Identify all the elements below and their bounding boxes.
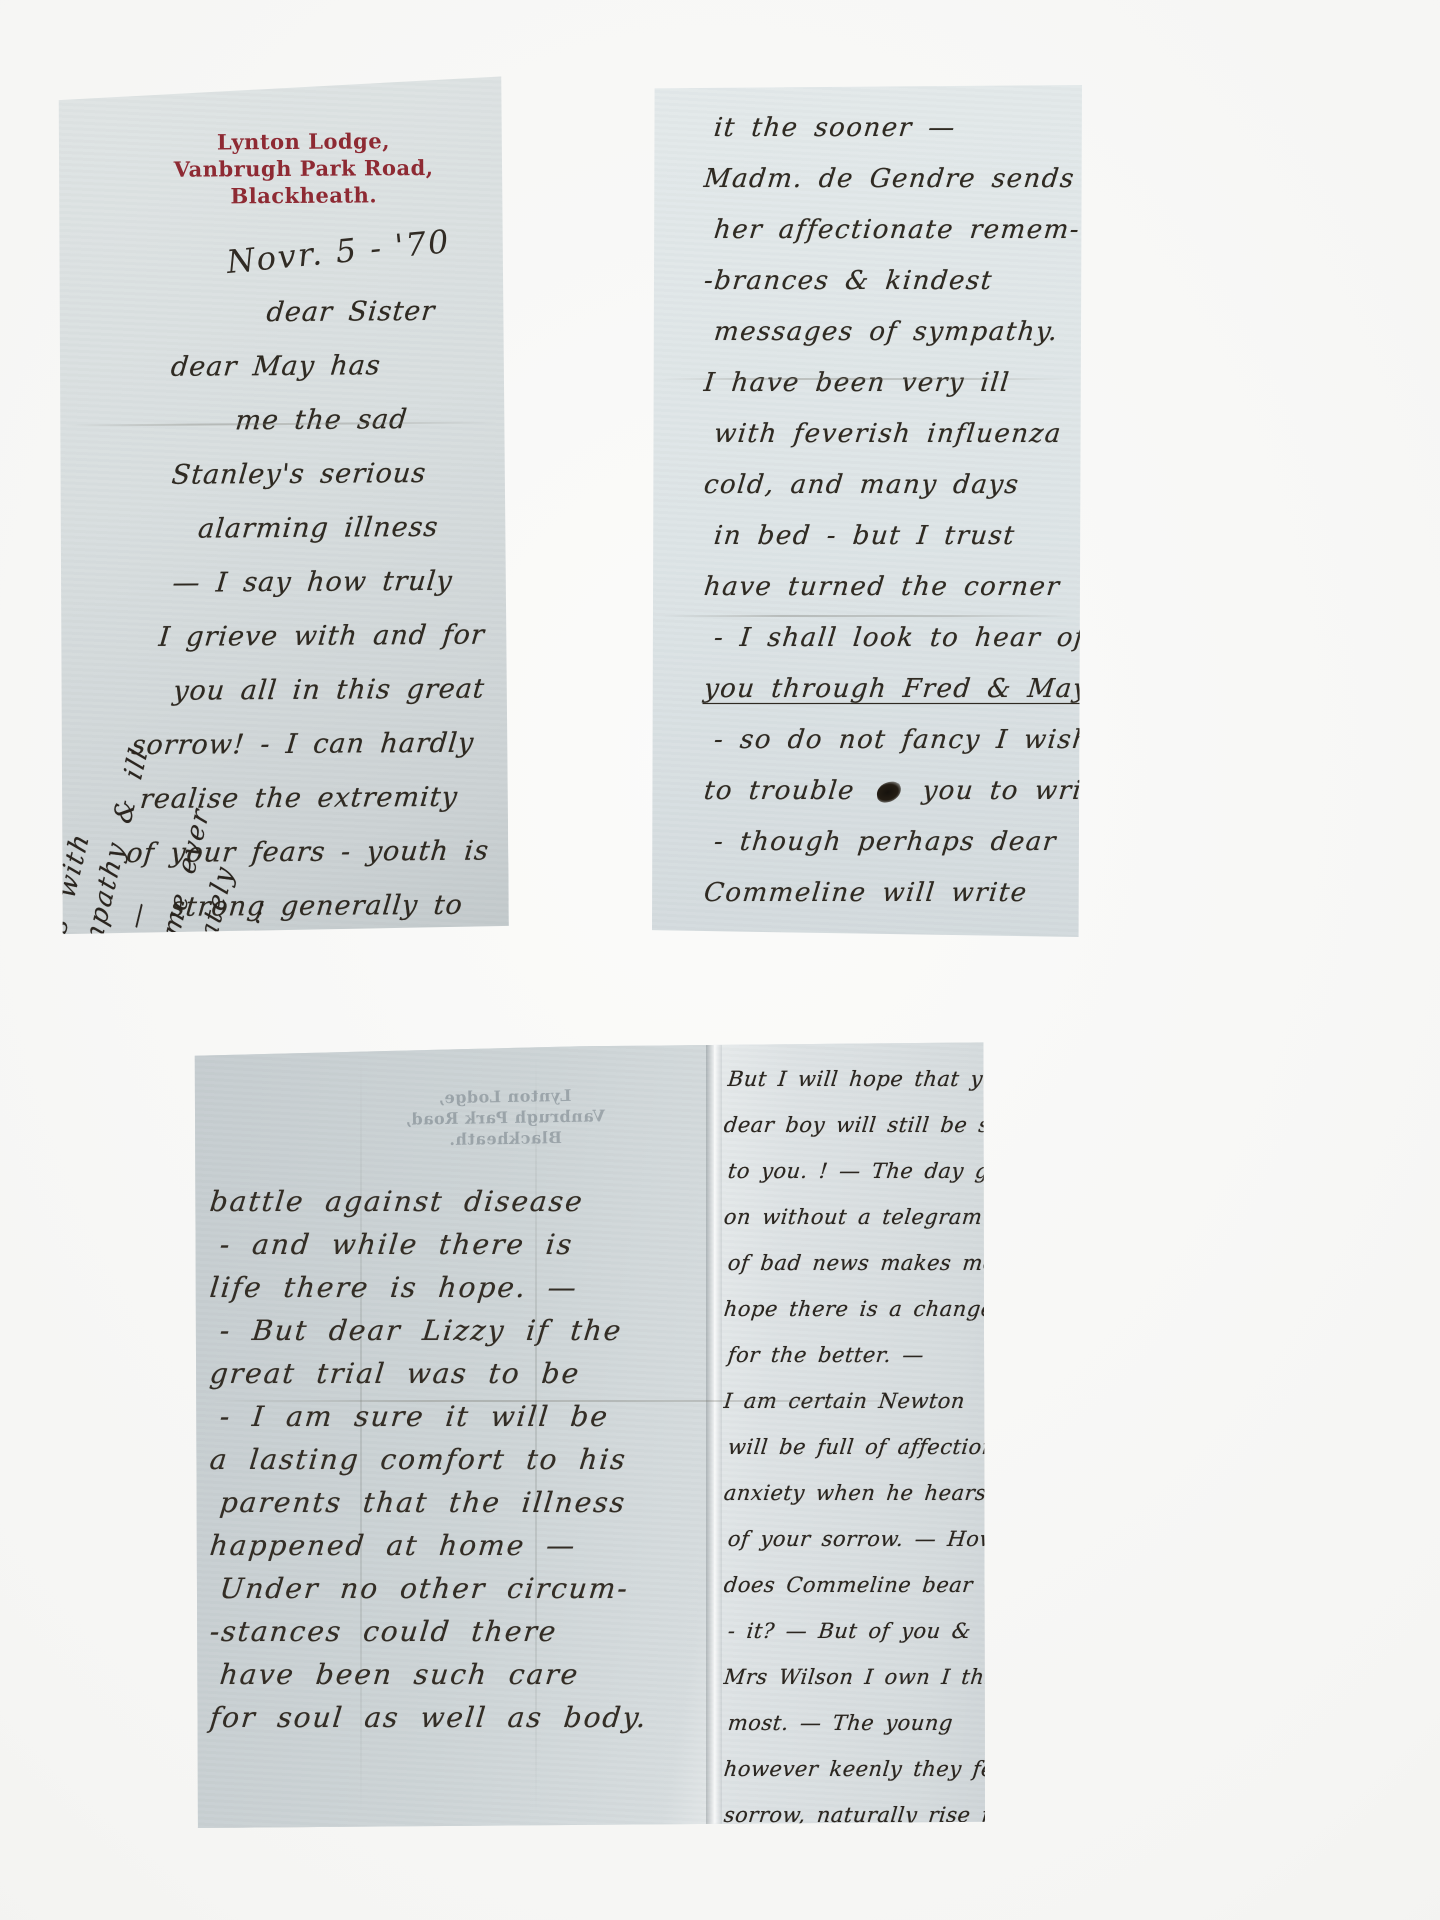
handwriting-line: however keenly they feel [722, 1746, 985, 1792]
handwriting-line: does Commeline bear [722, 1562, 985, 1608]
handwriting-line: - But dear Lizzy if the [218, 1309, 650, 1352]
fold-crease [652, 615, 1082, 617]
handwriting-line: parents that the illness [218, 1481, 650, 1524]
handwriting-line: happened at home — [208, 1524, 650, 1567]
handwriting-line: - I shall look to hear of [711, 613, 1082, 664]
handwriting-line: of your sorrow. — How [726, 1516, 985, 1562]
handwriting-line: - so do not fancy I wish [711, 715, 1082, 766]
handwriting-line: have been such care [218, 1653, 650, 1696]
handwriting-line: dear boy will still be spared [722, 1102, 985, 1148]
handwriting-line: - it? — But of you & [726, 1608, 985, 1654]
last-line-underlined-word: naturally [816, 1803, 919, 1827]
handwriting-line: it the sooner — [711, 103, 1082, 154]
handwriting-line: for soul as well as body. [208, 1696, 650, 1739]
handwriting-line: -stances could there [208, 1610, 650, 1653]
handwriting-line: to you. ! — The day going [726, 1148, 985, 1194]
handwriting-line: Under no other circum- [218, 1567, 650, 1610]
handwriting-line: -brances & kindest [701, 256, 1082, 307]
page2-handwriting: it the sooner —Madm. de Gendre sendsher … [704, 103, 1082, 919]
handwriting-line: messages of sympathy. [711, 307, 1082, 358]
page4-handwriting: But I will hope that yourdear boy will s… [724, 1056, 985, 1828]
handwriting-last-line: sorrow, naturally rise from [722, 1792, 985, 1828]
center-fold [706, 1040, 722, 1828]
handwriting-line: her affectionate remem- [711, 205, 1082, 256]
handwriting-line: most. — The young [726, 1700, 985, 1746]
handwriting-line: in bed - but I trust [711, 511, 1082, 562]
blot-line-before: to trouble [702, 776, 856, 806]
handwriting-line: Commeline will write [701, 868, 1082, 919]
page2-lines-top: it the sooner —Madm. de Gendre sendsher … [704, 103, 1082, 766]
handwriting-line: of bad news makes me [726, 1240, 985, 1286]
letter-open-spread-photo: Lynton Lodge, Vanbrugh Park Road, Blackh… [190, 1040, 985, 1828]
last-line-post: rise from [927, 1803, 985, 1827]
fold-crease [652, 378, 1082, 380]
ghost-letterhead-line-3: Blackheath. [340, 1125, 670, 1152]
handwriting-line: I have been very ill [701, 358, 1082, 409]
ink-blot [876, 780, 902, 805]
handwriting-line: Mrs Wilson I own I think [722, 1654, 985, 1700]
photo-board: { "letterhead": { "lines": ["Lynton Lodg… [0, 0, 1440, 1920]
handwriting-line: you through Fred & May [701, 664, 1082, 715]
fold-crease [190, 1400, 985, 1402]
page3-handwriting: battle against disease- and while there … [210, 1180, 648, 1739]
handwriting-line: Madm. de Gendre sends [701, 154, 1082, 205]
handwriting-line: will be full of affectionate [726, 1424, 985, 1470]
handwriting-line: on without a telegram [722, 1194, 985, 1240]
handwriting-line: life there is hope. — [208, 1266, 650, 1309]
handwriting-line: cold, and many days [701, 460, 1082, 511]
blot-line-after: you to write [921, 776, 1082, 806]
page4-lines: But I will hope that yourdear boy will s… [724, 1056, 985, 1792]
handwriting-line: a lasting comfort to his [208, 1438, 650, 1481]
show-through-letterhead: Lynton Lodge, Vanbrugh Park Road, Blackh… [339, 1083, 670, 1152]
handwriting-line: hope there is a change [722, 1286, 985, 1332]
page2-lines-bottom: - though perhaps dearCommeline will writ… [704, 817, 1082, 919]
handwriting-line: with feverish influenza [711, 409, 1082, 460]
handwriting-line: - and while there is [218, 1223, 650, 1266]
letter-page-2-photo: it the sooner —Madm. de Gendre sendsher … [652, 85, 1082, 937]
handwriting-line: But I will hope that your [726, 1056, 985, 1102]
handwriting-line: - though perhaps dear [711, 817, 1082, 868]
letter-page-1-photo: Lynton Lodge, Vanbrugh Park Road, Blackh… [55, 76, 509, 937]
handwriting-line: have turned the corner [701, 562, 1082, 613]
handwriting-line: battle against disease [208, 1180, 650, 1223]
handwriting-line: anxiety when he hears [722, 1470, 985, 1516]
last-line-pre: sorrow, [723, 1803, 819, 1827]
handwriting-line: for the better. — [726, 1332, 985, 1378]
handwriting-line: great trial was to be [208, 1352, 650, 1395]
handwriting-line-with-ink-blot: to trouble you to write [701, 766, 1082, 817]
